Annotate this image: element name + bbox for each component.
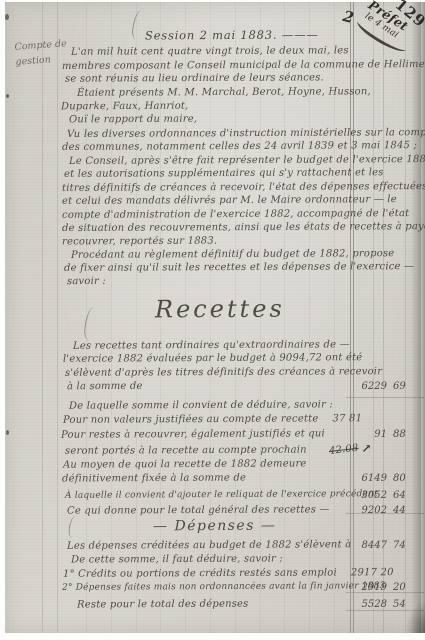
manuscript-line: À laquelle il convient d'ajouter le reli…	[65, 489, 378, 501]
amount-centimes: 64	[393, 491, 411, 501]
manuscript-line: Étaient présents M. M. Marchal, Berot, H…	[77, 86, 371, 99]
amount-centimes: 69	[393, 382, 411, 392]
depenses-heading: — Dépenses —	[153, 518, 276, 535]
amount-francs: 9202	[349, 506, 387, 516]
correction-arrow-icon: ↗	[361, 441, 371, 455]
manuscript-line: membres composant le Conseil municipal d…	[62, 59, 425, 72]
margin-rule	[42, 2, 43, 633]
struck-amount: 42.08	[328, 443, 359, 458]
margin-note: Compte de gestion	[14, 36, 68, 70]
francs-centimes-divider	[383, 2, 384, 633]
manuscript-line: à la somme de	[67, 381, 143, 393]
manuscript-line: seront portés à la recette au compte pro…	[65, 442, 372, 457]
manuscript-line: Pour restes à recouvrer, également justi…	[61, 428, 325, 441]
manuscript-line: s'élèvent d'après les titres définitifs …	[65, 366, 382, 379]
amount-francs: 6229	[349, 382, 387, 392]
manuscript-line: et celui des mandats délivrés par M. le …	[62, 194, 397, 207]
manuscript-line: Procédant au règlement définitif du budg…	[71, 248, 394, 261]
amount-francs: 2919	[349, 583, 387, 593]
manuscript-line: Au moyen de quoi la recette de 1882 deme…	[63, 458, 307, 471]
manuscript-line: de situation des recouvrements, ainsi qu…	[62, 221, 425, 235]
manuscript-line: de fixer ainsi qu'il suit les recettes e…	[64, 261, 414, 274]
margin-rule	[57, 2, 58, 633]
manuscript-line: 2° Dépenses faites mais non ordonnancées…	[62, 581, 386, 593]
scan-artifact	[6, 94, 9, 98]
amount-centimes: 80	[393, 474, 411, 484]
session-title: Session 2 mai 1883. ———	[145, 29, 319, 43]
manuscript-line: définitivement fixée à la somme de	[62, 473, 246, 485]
amount-francs: 6149	[349, 474, 387, 484]
amount-centimes: 44	[393, 506, 411, 516]
paper: 129 2 Préfet le 4 mai Compte de gestion …	[5, 2, 421, 633]
manuscript-line: Ce qui donne pour le total général des r…	[67, 504, 330, 517]
money-column-rule	[405, 2, 406, 633]
manuscript-line: Les recettes tant ordinaires qu'extraord…	[73, 339, 350, 352]
money-column-rule	[373, 2, 374, 633]
manuscript-line: l'exercice 1882 évaluées par le budget à…	[63, 352, 362, 365]
manuscript-line: et les autorisations supplémentaires qui…	[64, 167, 384, 180]
amount-francs: 8447	[349, 541, 387, 551]
recettes-heading: Recettes	[155, 296, 285, 324]
manuscript-line: compte d'administration de l'exercice 18…	[62, 208, 409, 221]
scan-artifact	[6, 430, 9, 435]
manuscript-line: L'an mil huit cent quatre vingt trois, l…	[71, 45, 349, 58]
scanned-page: 129 2 Préfet le 4 mai Compte de gestion …	[0, 0, 425, 640]
inline-amount: 37 81	[332, 413, 362, 424]
manuscript-line: Vu les diverses ordonnances d'instructio…	[67, 127, 425, 141]
manuscript-line: des communes, notamment celles des 24 av…	[62, 140, 417, 153]
amount-centimes: 74	[393, 541, 411, 551]
manuscript-line: se sont réunis au lieu ordinaire de leur…	[65, 72, 324, 85]
scan-shadow-right	[411, 2, 425, 633]
manuscript-line: De cette somme, il faut déduire, savoir …	[71, 553, 283, 566]
scan-artifact	[5, 14, 9, 20]
amount-francs: 91	[349, 430, 387, 440]
manuscript-line: De laquelle somme il convient de déduire…	[69, 399, 333, 412]
amount-francs: 3052	[349, 491, 387, 501]
manuscript-line: Pour non valeurs justifiées au compte de…	[63, 413, 362, 426]
manuscript-line: recouvrer, reportés sur 1883.	[62, 236, 217, 248]
amount-francs: 5528	[349, 600, 387, 610]
inline-amount: 2917 20	[351, 567, 394, 578]
manuscript-line: titres définitifs de créances à recevoir…	[62, 181, 425, 194]
amount-centimes: 54	[393, 600, 411, 610]
manuscript-line: savoir :	[67, 276, 106, 288]
manuscript-line: 1° Crédits ou portions de crédits restés…	[63, 567, 394, 580]
manuscript-line: Duparke, Faux, Hanriot,	[61, 101, 189, 113]
manuscript-line: Les dépenses créditées au budget de 1882…	[67, 539, 351, 552]
amount-centimes: 20	[393, 583, 411, 593]
amount-centimes: 88	[393, 430, 411, 440]
manuscript-line: Le Conseil, après s'être fait représente…	[69, 154, 425, 167]
manuscript-line: Reste pour le total des dépenses	[77, 599, 249, 611]
manuscript-line: Ouï le rapport du maire,	[69, 114, 197, 126]
